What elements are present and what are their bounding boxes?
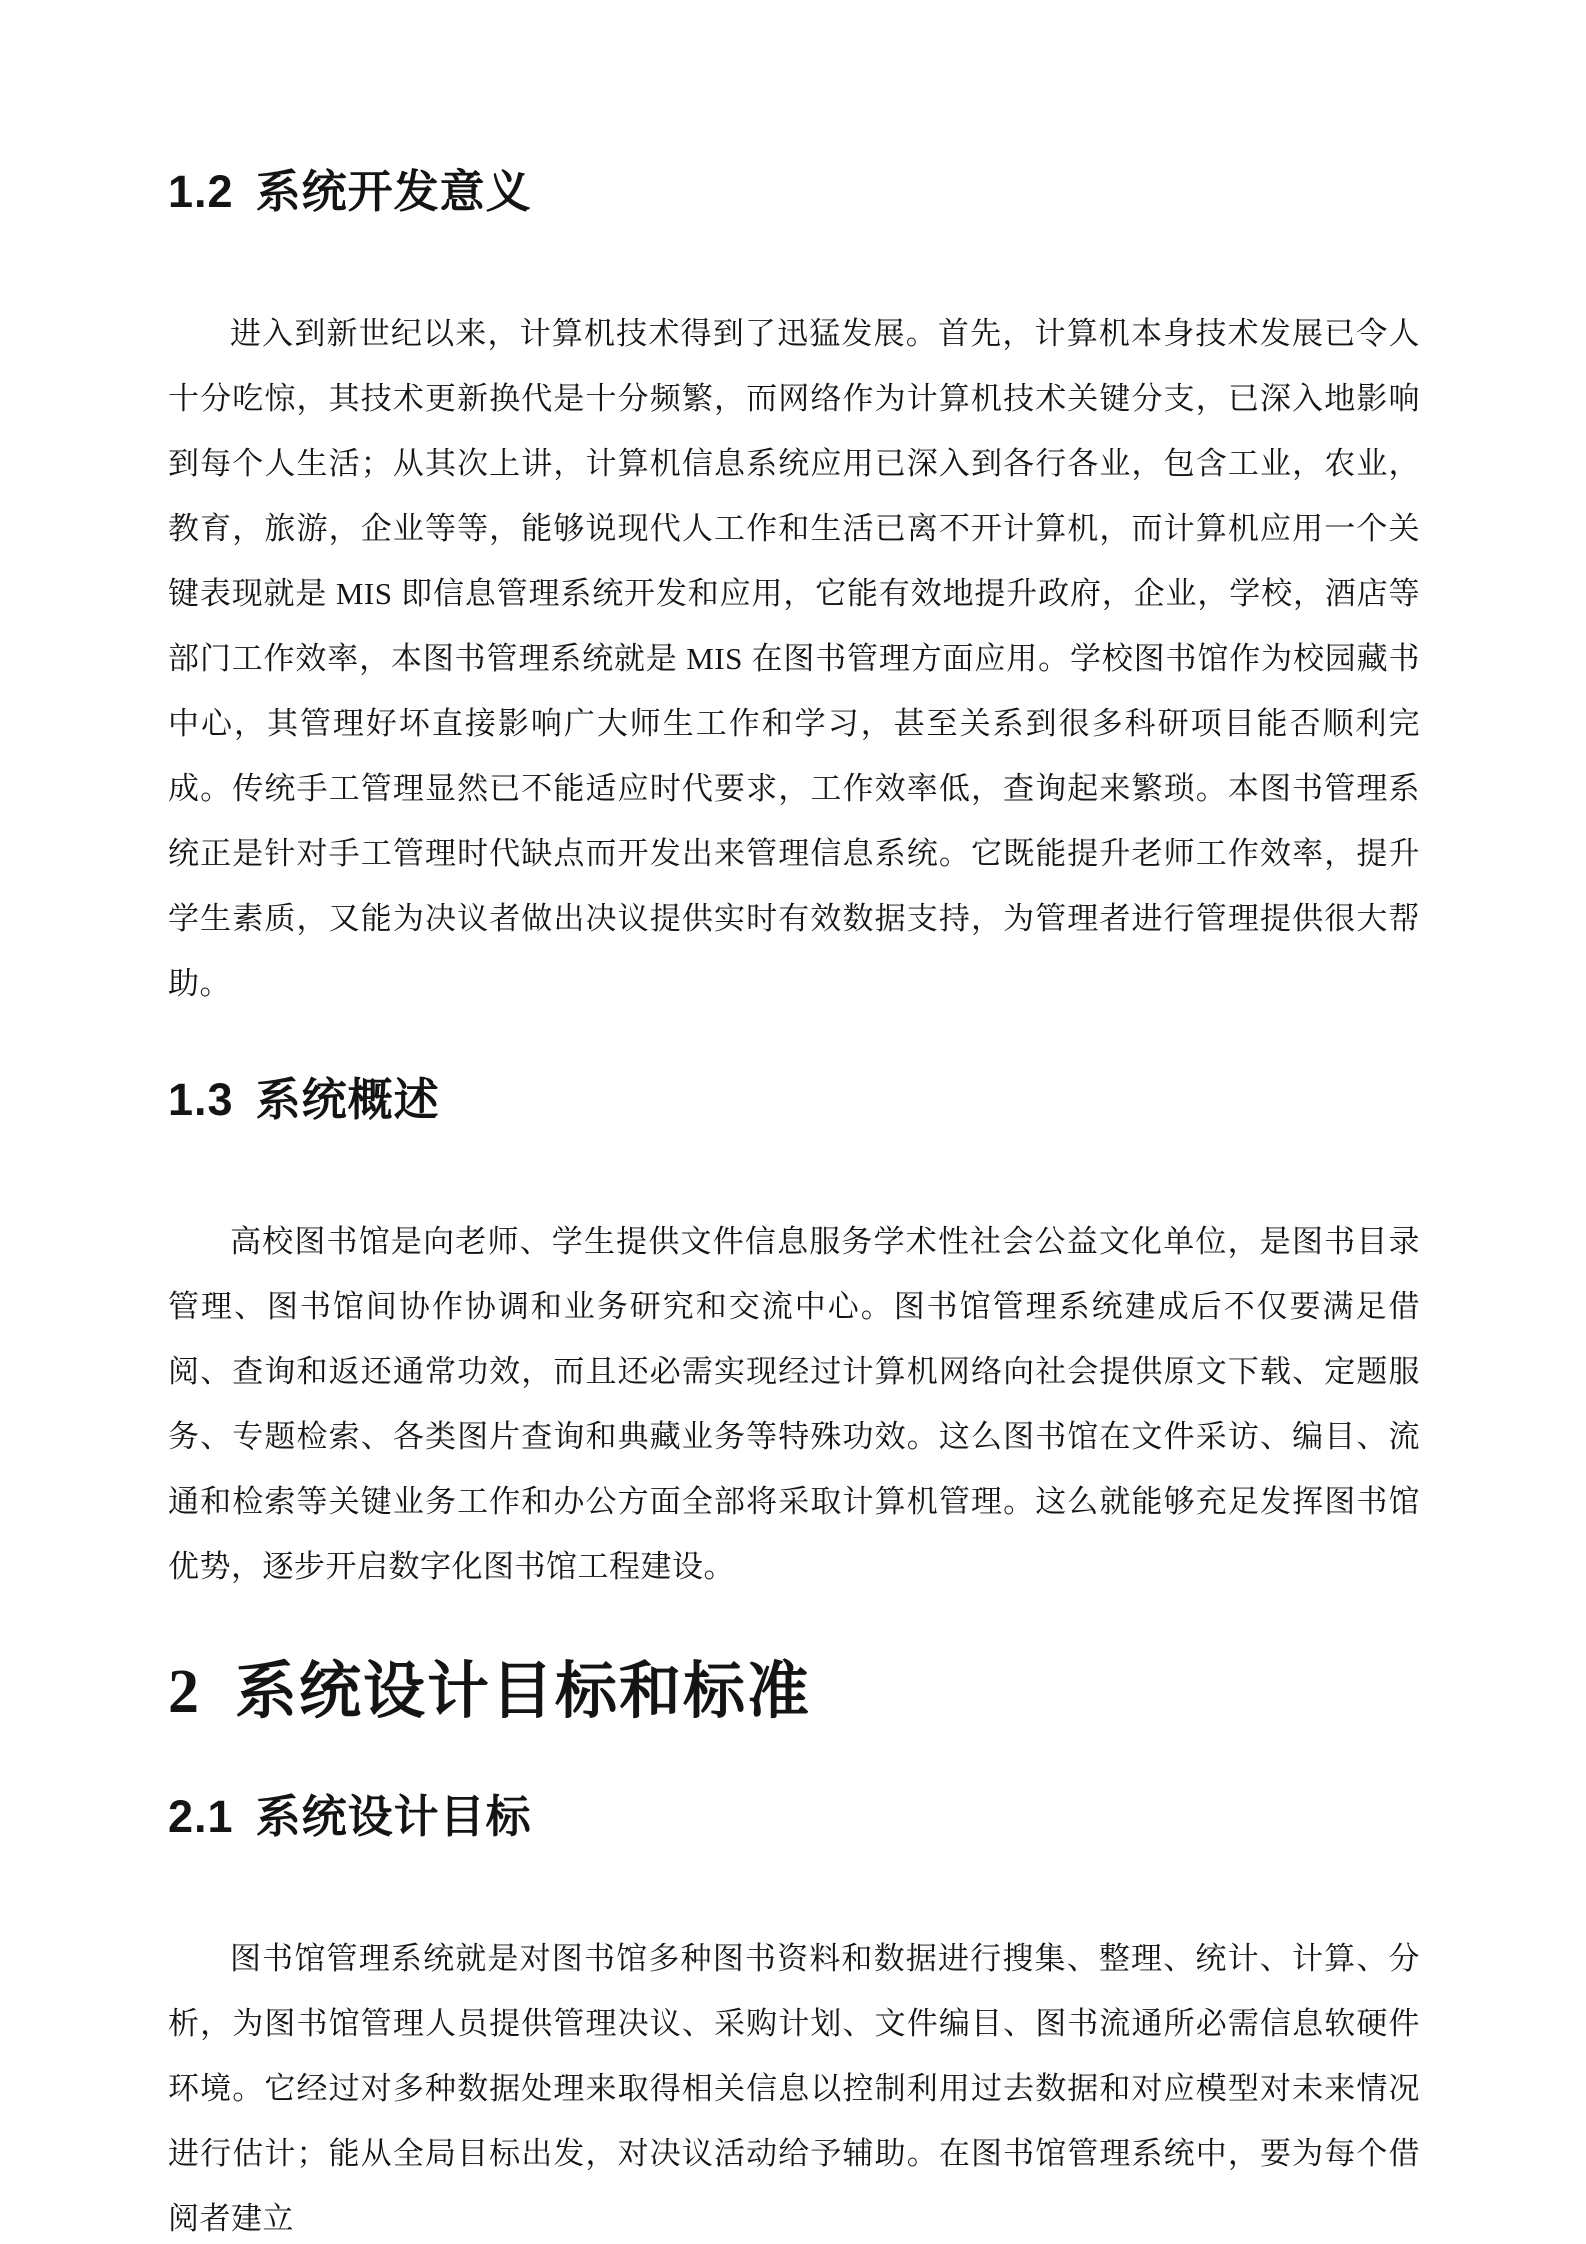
chapter-number: 2 xyxy=(168,1658,201,1726)
chapter-heading-2: 2系统设计目标和标准 xyxy=(168,1654,1420,1730)
section-number: 2.1 xyxy=(168,1791,234,1842)
section-heading-2-1: 2.1系统设计目标 xyxy=(168,1788,1420,1846)
section-title: 系统概述 xyxy=(256,1074,440,1125)
section-number: 1.2 xyxy=(168,166,234,217)
section-title: 系统设计目标 xyxy=(256,1791,532,1842)
paragraph-system-development-significance: 进入到新世纪以来，计算机技术得到了迅猛发展。首先，计算机本身技术发展已令人十分吃… xyxy=(168,301,1420,1016)
chapter-title: 系统设计目标和标准 xyxy=(235,1658,811,1726)
paragraph-system-overview: 高校图书馆是向老师、学生提供文件信息服务学术性社会公益文化单位，是图书目录管理、… xyxy=(168,1209,1420,1599)
paragraph-system-design-goals: 图书馆管理系统就是对图书馆多种图书资料和数据进行搜集、整理、统计、计算、分析，为… xyxy=(168,1926,1420,2244)
section-heading-1-2: 1.2系统开发意义 xyxy=(168,163,1420,221)
section-title: 系统开发意义 xyxy=(256,166,532,217)
section-number: 1.3 xyxy=(168,1074,234,1125)
document-page: 1.2系统开发意义 进入到新世纪以来，计算机技术得到了迅猛发展。首先，计算机本身… xyxy=(0,0,1586,2244)
section-heading-1-3: 1.3系统概述 xyxy=(168,1071,1420,1129)
